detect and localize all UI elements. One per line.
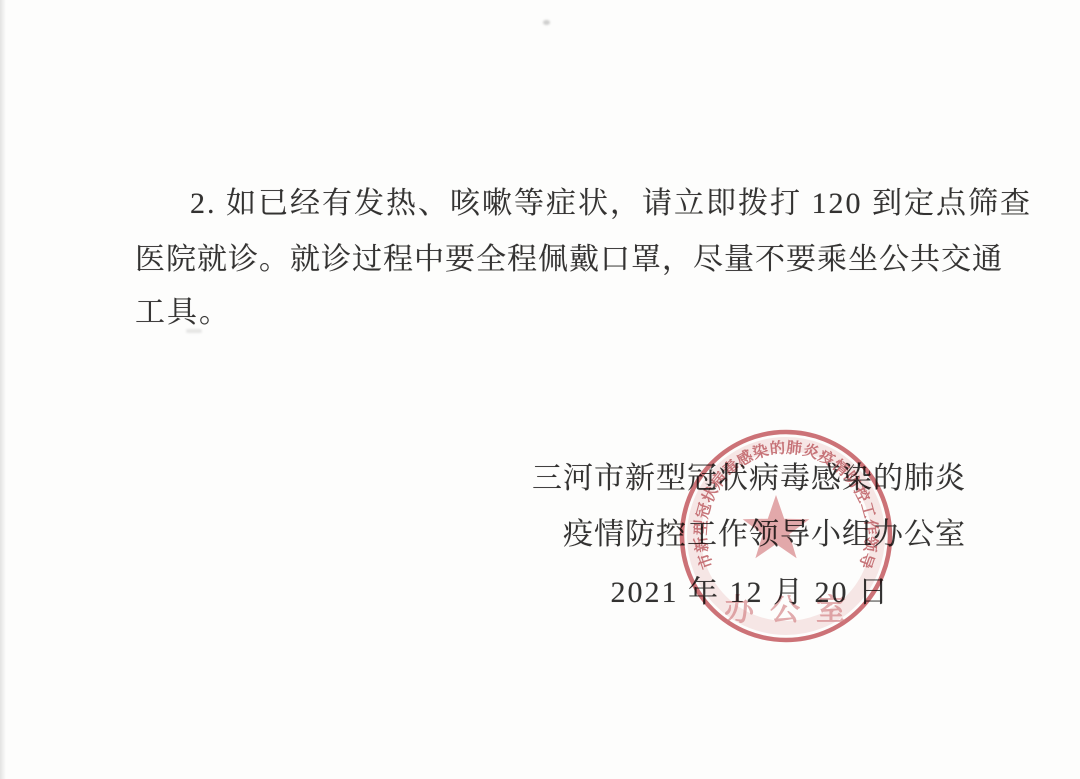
signature-org-line-1: 三河市新型冠状病毒感染的肺炎 — [532, 462, 966, 496]
scan-edge-artifact — [0, 0, 6, 779]
scan-artifact — [543, 20, 550, 25]
scanned-document-page: 2. 如已经有发热、咳嗽等症状，请立即拨打 120 到定点筛查 医院就诊。就诊过… — [0, 0, 1080, 779]
paragraph-line: 工具。 — [135, 296, 231, 330]
paragraph-line: 2. 如已经有发热、咳嗽等症状，请立即拨打 120 到定点筛查 — [190, 187, 1032, 221]
signature-org-line-2: 疫情防控工作领导小组办公室 — [563, 518, 966, 552]
signature-date: 2021 年 12 月 20 日 — [611, 576, 891, 610]
paragraph-line: 医院就诊。就诊过程中要全程佩戴口罩，尽量不要乘坐公共交通 — [135, 243, 1003, 277]
